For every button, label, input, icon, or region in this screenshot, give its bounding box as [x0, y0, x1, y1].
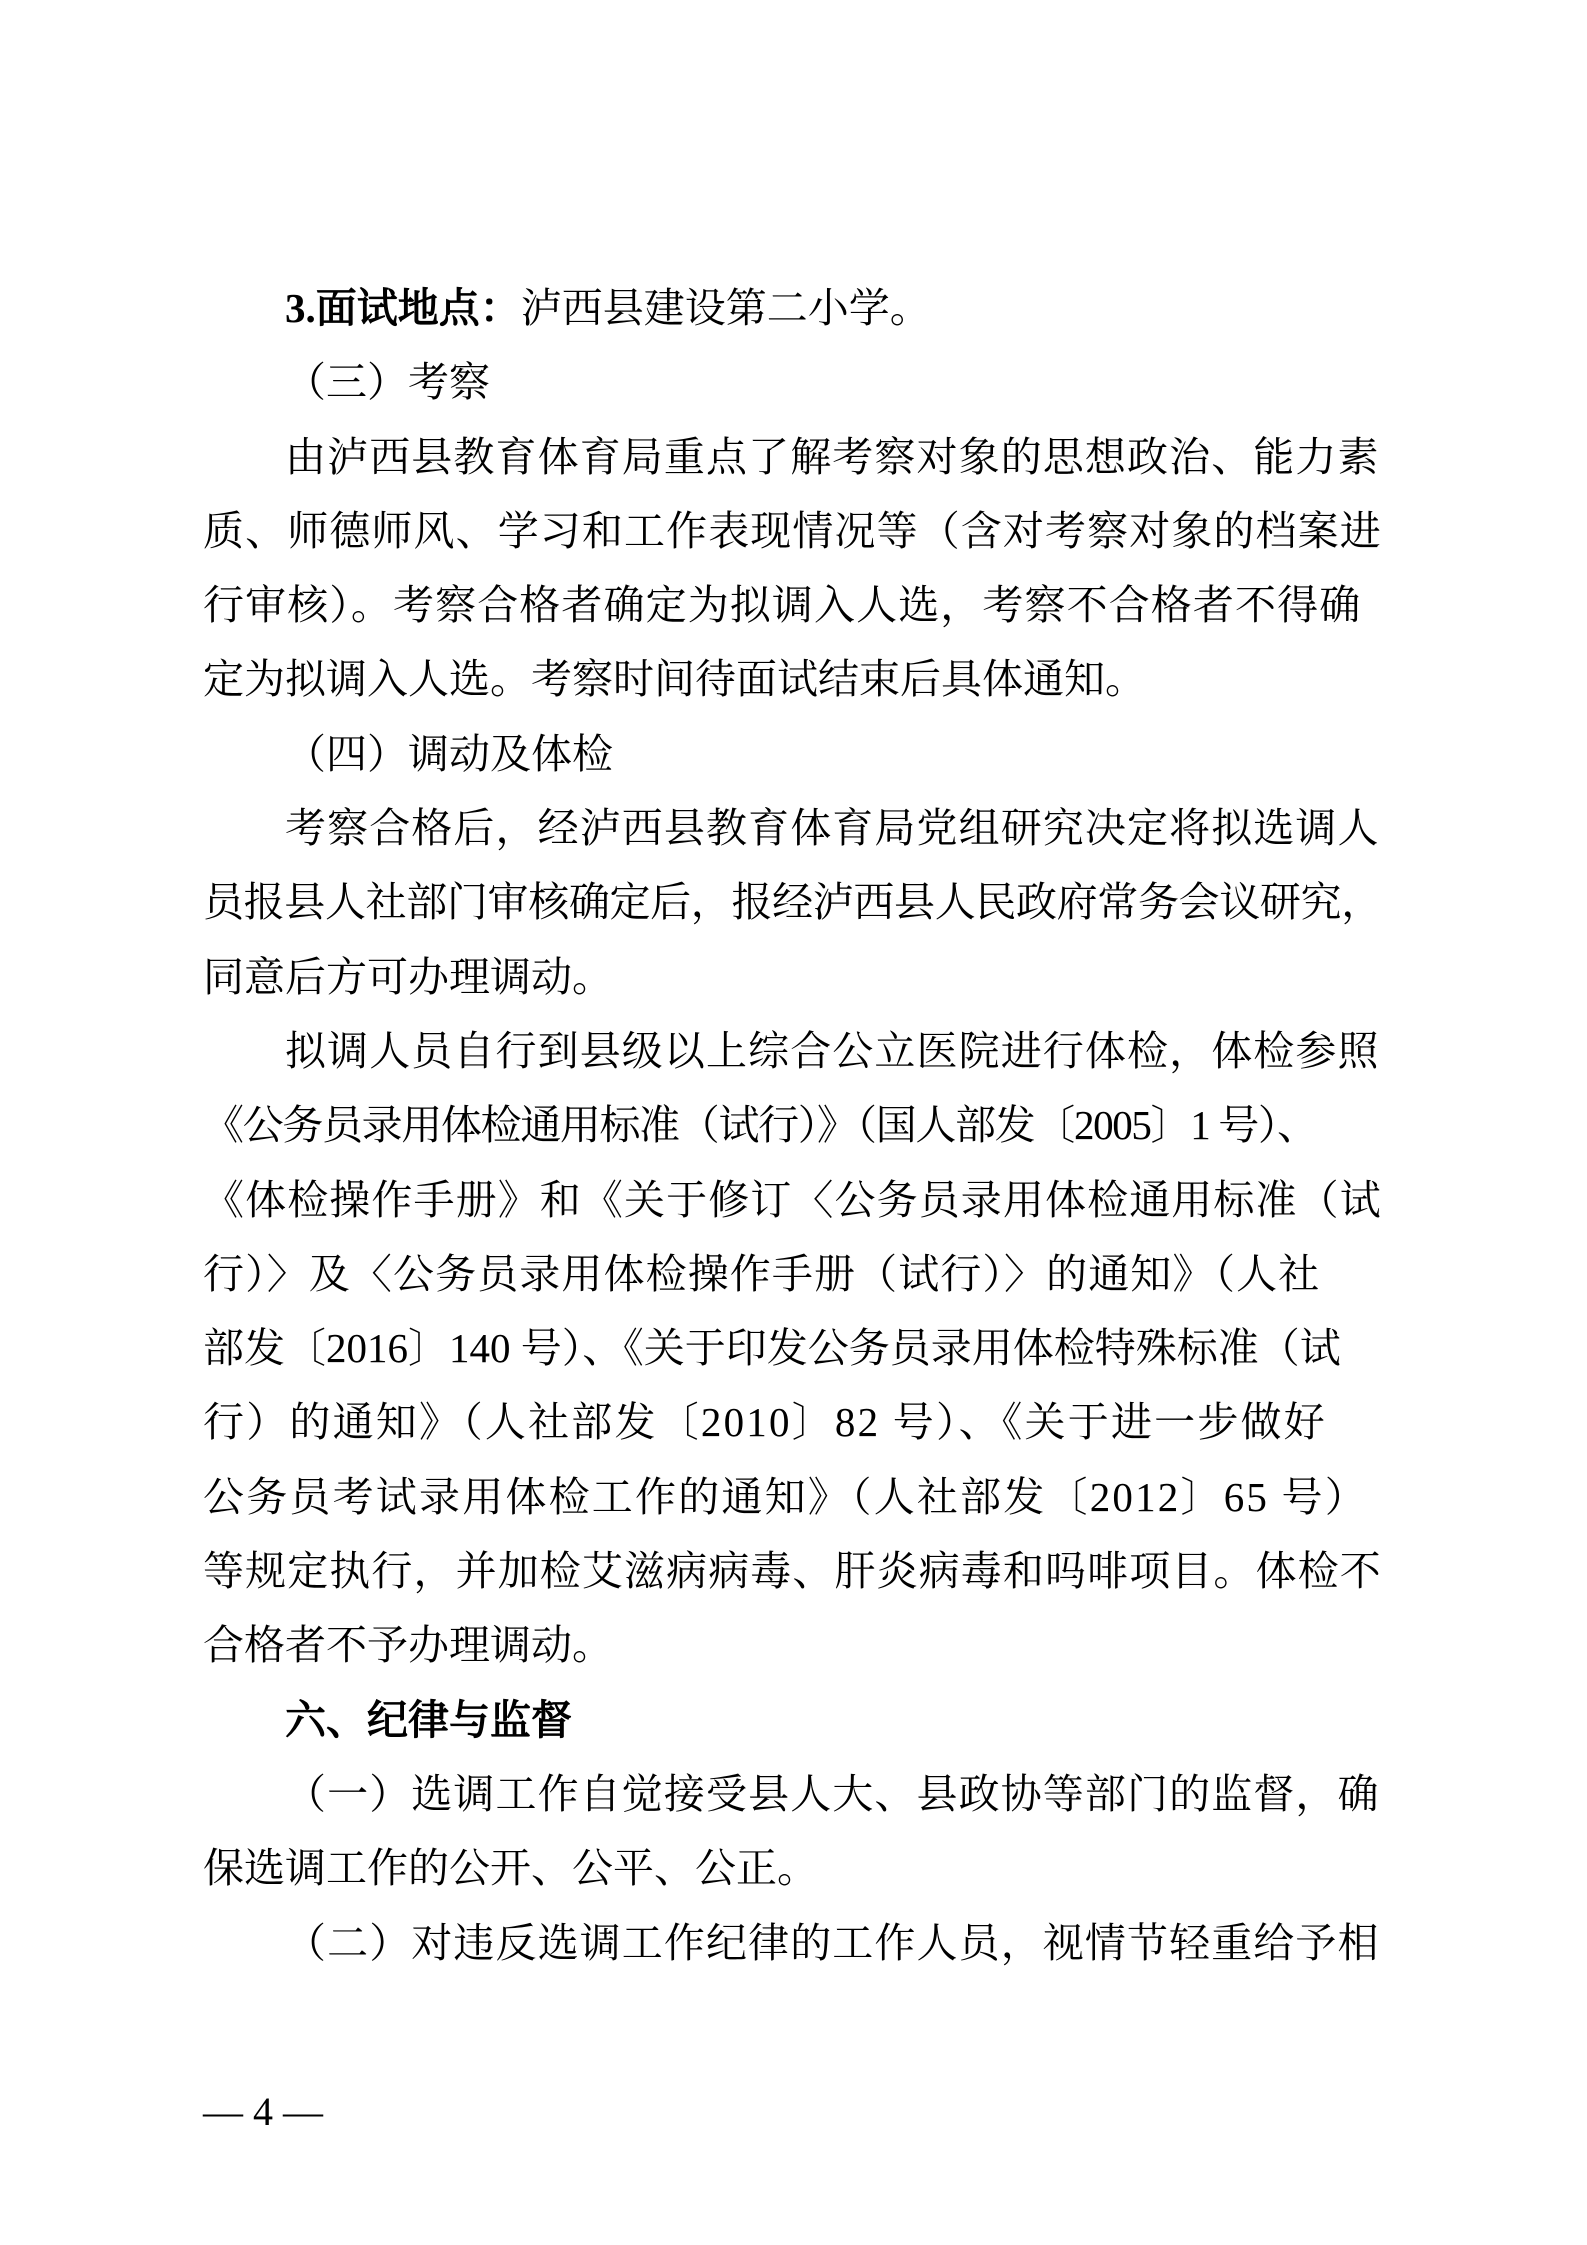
paragraph-line: 部发〔2016〕140 号）、《关于印发公务员录用体检特殊标准（试: [203, 1311, 1383, 1385]
paragraph-line: 公务员考试录用体检工作的通知》（人社部发〔2012〕65 号）: [203, 1460, 1383, 1534]
document-body: 3.面试地点：泸西县建设第二小学。 （三）考察 由泸西县教育体育局重点了解考察对…: [203, 271, 1383, 1980]
page-number: — 4 —: [203, 2090, 323, 2134]
heading-discipline-supervision: 六、纪律与监督: [203, 1683, 1383, 1757]
paragraph-line: （二）对违反选调工作纪律的工作人员，视情节轻重给予相: [203, 1906, 1383, 1980]
paragraph-line: 行）〉及〈公务员录用体检操作手册（试行）〉的通知》（人社: [203, 1237, 1383, 1311]
paragraph-line: 定为拟调入人选。考察时间待面试结束后具体通知。: [203, 642, 1383, 716]
paragraph-line: 行审核）。考察合格者确定为拟调入人选，考察不合格者不得确: [203, 568, 1383, 642]
paragraph-line: （一）选调工作自觉接受县人大、县政协等部门的监督，确: [203, 1757, 1383, 1831]
interview-location-label: 3.面试地点：: [285, 285, 521, 331]
paragraph-line: 员报县人社部门审核确定后，报经泸西县人民政府常务会议研究，: [203, 865, 1383, 939]
paragraph-line: 等规定执行，并加检艾滋病病毒、肝炎病毒和吗啡项目。体检不: [203, 1534, 1383, 1608]
paragraph-line: 质、师德师风、学习和工作表现情况等（含对考察对象的档案进: [203, 494, 1383, 568]
paragraph-line: 合格者不予办理调动。: [203, 1608, 1383, 1682]
paragraph-line: 《体检操作手册》和《关于修订〈公务员录用体检通用标准（试: [203, 1163, 1383, 1237]
interview-location-line: 3.面试地点：泸西县建设第二小学。: [203, 271, 1383, 345]
paragraph-line: 保选调工作的公开、公平、公正。: [203, 1831, 1383, 1905]
paragraph-line: 《公务员录用体检通用标准（试行）》（国人部发〔2005〕1 号）、: [203, 1088, 1383, 1162]
paragraph-line: 同意后方可办理调动。: [203, 940, 1383, 1014]
paragraph-line: 由泸西县教育体育局重点了解考察对象的思想政治、能力素: [203, 420, 1383, 494]
paragraph-line: 拟调人员自行到县级以上综合公立医院进行体检，体检参照: [203, 1014, 1383, 1088]
paragraph-line: 考察合格后，经泸西县教育体育局党组研究决定将拟选调人: [203, 791, 1383, 865]
heading-section-3-inspection: （三）考察: [203, 345, 1383, 419]
paragraph-line: 行）的通知》（人社部发〔2010〕82 号）、《关于进一步做好: [203, 1385, 1383, 1459]
heading-section-4-transfer-physical: （四）调动及体检: [203, 717, 1383, 791]
interview-location-value: 泸西县建设第二小学。: [521, 285, 931, 331]
document-page: 3.面试地点：泸西县建设第二小学。 （三）考察 由泸西县教育体育局重点了解考察对…: [0, 0, 1587, 2245]
